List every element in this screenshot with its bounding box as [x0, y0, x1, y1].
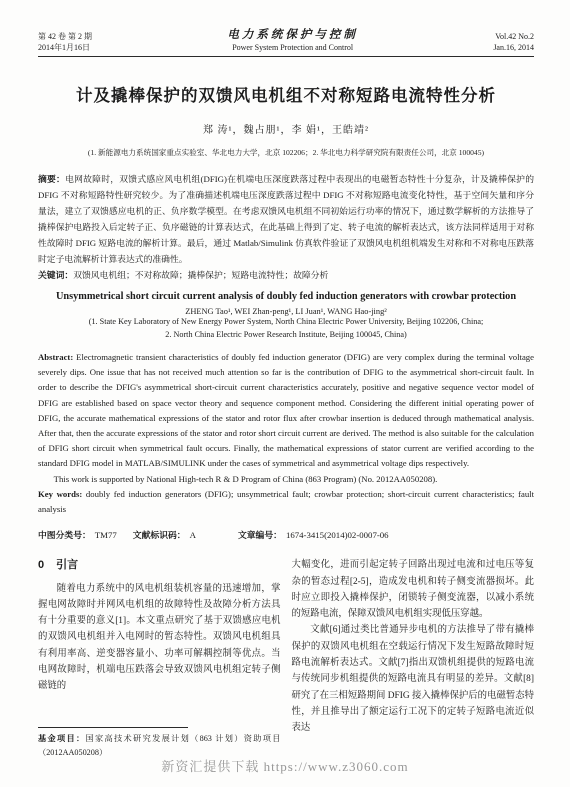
keywords-text-cn: 双馈风电机组；不对称故障；撬棒保护；短路电流特性；故障分析 — [73, 270, 328, 280]
abstract-text-en: Electromagnetic transient characteristic… — [38, 352, 534, 468]
watermark-download-link[interactable]: 新资汇提供下载 https://www.z3060.com — [0, 756, 570, 775]
article-id-label: 文章编号： — [238, 530, 282, 540]
footnote-rule — [38, 727, 188, 728]
affiliation-en-2: 2. North China Electric Power Research I… — [38, 329, 534, 342]
paper-title-en: Unsymmetrical short circuit current anal… — [38, 291, 534, 302]
body-paragraph: 大幅变化，进而引起定转子回路出现过电流和过电压等复杂的暂态过程[2-5]，造成发… — [292, 557, 535, 622]
abstract-label-en: Abstract: — [38, 352, 73, 362]
issue-date-en: Jan.16, 2014 — [493, 42, 534, 53]
doc-code-label: 文献标识码： — [133, 530, 186, 540]
journal-header: 第 42 卷 第 2 期 2014年1月16日 电力系统保护与控制 Power … — [38, 26, 534, 57]
authors-cn: 郑 涛¹，魏占朋¹，李 娟¹，王皓靖² — [38, 121, 534, 136]
keywords-text-en: doubly fed induction generators (DFIG); … — [38, 489, 534, 514]
clc-number: TM77 — [95, 530, 117, 540]
footnote-label: 基金项目： — [38, 734, 86, 743]
section-heading-intro: 0引言 — [38, 557, 281, 573]
issue-date-cn: 2014年1月16日 — [38, 42, 92, 53]
journal-name-cn: 电力系统保护与控制 — [227, 26, 358, 42]
body-columns: 0引言 随着电力系统中的风电机组装机容量的迅速增加，掌握电网故障时并网风电机组的… — [38, 557, 534, 759]
classification-line: 中图分类号：TM77文献标识码：A文章编号：1674-3415(2014)02-… — [38, 528, 534, 541]
journal-name-block: 电力系统保护与控制 Power System Protection and Co… — [227, 26, 358, 53]
paper-title-cn: 计及撬棒保护的双馈风电机组不对称短路电流特性分析 — [38, 82, 534, 106]
doc-code: A — [190, 530, 196, 540]
funding-statement: This work is supported by National High-… — [38, 472, 534, 487]
abstract-label-cn: 摘要： — [38, 174, 65, 184]
authors-en: ZHENG Tao¹, WEI Zhan-peng¹, LI Juan¹, WA… — [38, 307, 534, 316]
article-id: 1674-3415(2014)02-0007-06 — [286, 530, 389, 540]
keywords-label-en: Key words: — [38, 489, 82, 499]
left-column: 0引言 随着电力系统中的风电机组装机容量的迅速增加，掌握电网故障时并网风电机组的… — [38, 557, 281, 759]
funding-footnote: 基金项目：国家高技术研究发展计划（863 计划）资助项目（2012AA05020… — [38, 727, 281, 759]
volume-issue-en: Vol.42 No.2 — [493, 31, 534, 42]
paper-page: 第 42 卷 第 2 期 2014年1月16日 电力系统保护与控制 Power … — [0, 0, 570, 787]
journal-name-en: Power System Protection and Control — [227, 42, 358, 53]
body-paragraph: 随着电力系统中的风电机组装机容量的迅速增加，掌握电网故障时并网风电机组的故障特性… — [38, 581, 281, 695]
affiliation-cn: (1. 新能源电力系统国家重点实验室、华北电力大学，北京 102206；2. 华… — [38, 147, 534, 158]
body-paragraph: 文献[6]通过类比普通异步电机的方法推导了带有撬棒保护的双馈风电机组在空载运行情… — [292, 622, 535, 736]
issue-info-cn: 第 42 卷 第 2 期 2014年1月16日 — [38, 31, 92, 53]
clc-label: 中图分类号： — [38, 530, 91, 540]
keywords-label-cn: 关键词： — [38, 270, 73, 280]
abstract-text-cn: 电网故障时，双馈式感应风电机组(DFIG)在机端电压深度跌落过程中表现出的电磁暂… — [38, 174, 534, 264]
affiliation-en-1: (1. State Key Laboratory of New Energy P… — [38, 316, 534, 329]
volume-issue-cn: 第 42 卷 第 2 期 — [38, 31, 92, 42]
abstract-en: Abstract: Electromagnetic transient char… — [38, 350, 534, 472]
section-title: 引言 — [56, 559, 78, 571]
abstract-cn: 摘要：电网故障时，双馈式感应风电机组(DFIG)在机端电压深度跌落过程中表现出的… — [38, 171, 534, 267]
right-column: 大幅变化，进而引起定转子回路出现过电流和过电压等复杂的暂态过程[2-5]，造成发… — [292, 557, 535, 759]
section-number: 0 — [38, 559, 44, 571]
keywords-cn: 关键词：双馈风电机组；不对称故障；撬棒保护；短路电流特性；故障分析 — [38, 267, 534, 283]
keywords-en: Key words: doubly fed induction generato… — [38, 487, 534, 517]
issue-info-en: Vol.42 No.2 Jan.16, 2014 — [493, 31, 534, 53]
